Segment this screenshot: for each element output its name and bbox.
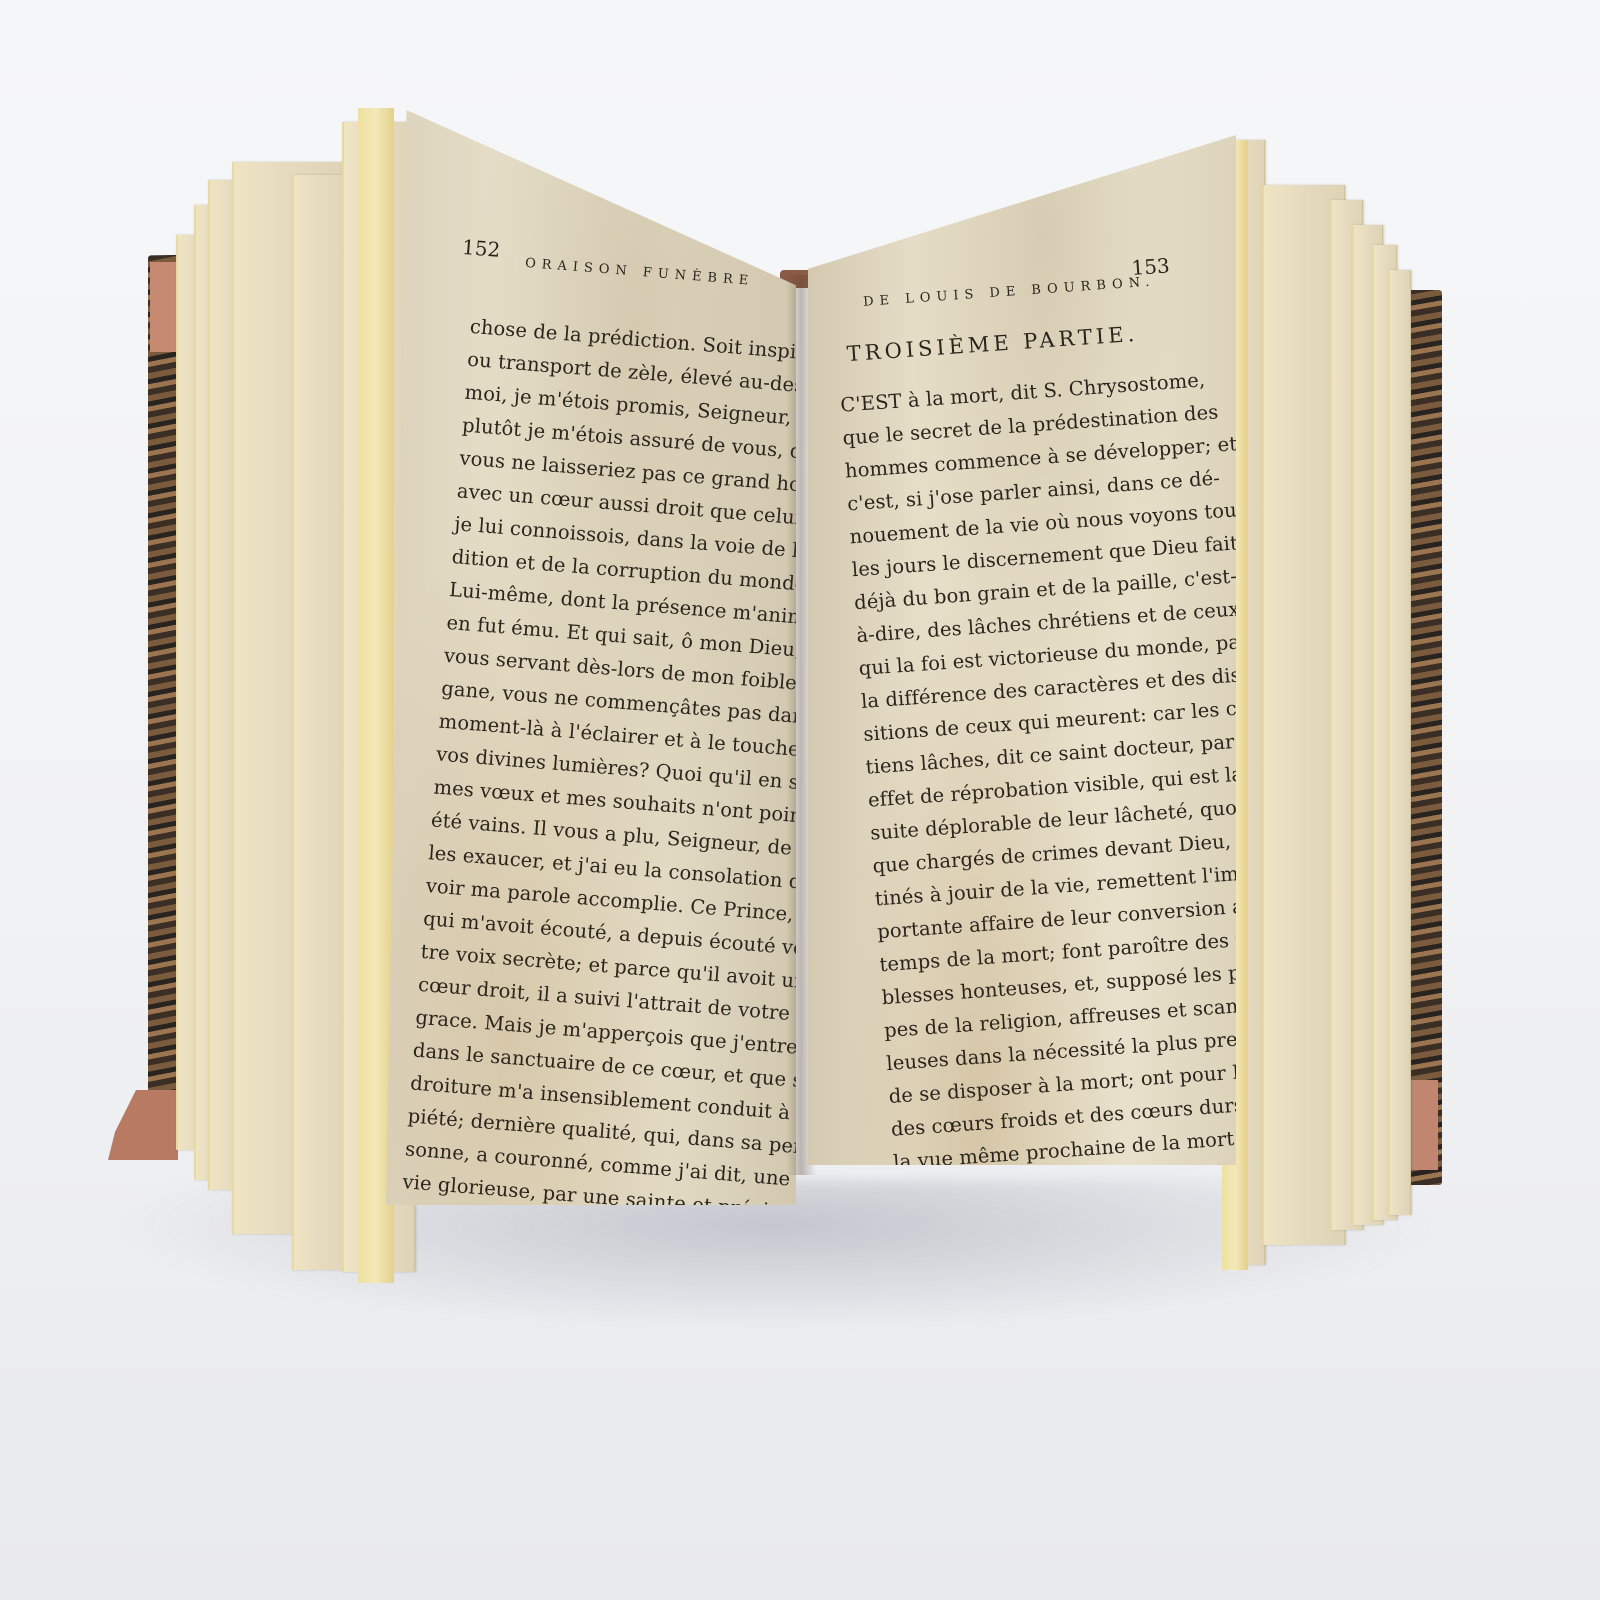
- left-page-text: 152 ORAISON FUNÈBRE chose de la prédicti…: [396, 250, 775, 1205]
- leather-corner-left-bottom: [108, 1090, 178, 1160]
- book-photo: 152 ORAISON FUNÈBRE chose de la prédicti…: [0, 0, 1600, 1600]
- page-number: 153: [1131, 253, 1171, 280]
- right-page: DE LOUIS DE BOURBON. 153 TROISIÈME PARTI…: [808, 135, 1236, 1165]
- page-number: 152: [461, 235, 501, 262]
- left-page: 152 ORAISON FUNÈBRE chose de la prédicti…: [386, 110, 796, 1205]
- right-page-text: DE LOUIS DE BOURBON. 153 TROISIÈME PARTI…: [832, 260, 1236, 1165]
- leather-corner-left-top: [150, 262, 176, 352]
- running-head: ORAISON FUNÈBRE: [525, 256, 755, 289]
- running-head: DE LOUIS DE BOURBON.: [863, 274, 1156, 309]
- leather-corner-right-bottom: [1408, 1080, 1438, 1170]
- page-leaf: [1388, 270, 1411, 1215]
